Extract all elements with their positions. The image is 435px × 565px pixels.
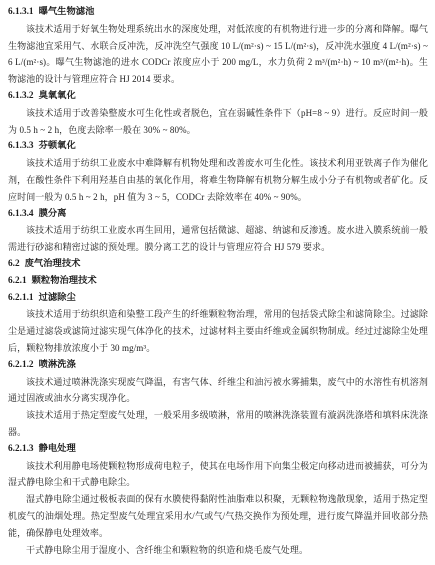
paragraph: 该技术适用于热定型废气处理，一般采用多级喷淋，常用的喷淋洗涤装置有漩涡洗涤塔和填… [8, 407, 428, 441]
section-heading-6-2-1: 6.2.1颗粒物治理技术 [8, 273, 428, 290]
section-number: 6.2.1.1 [8, 293, 34, 303]
section-title: 废气治理技术 [25, 259, 81, 269]
paragraph: 湿式静电除尘通过极板表面的保有水膜使得黏附性油脂难以积聚，无颗粒物逸散现象，适用… [8, 491, 428, 541]
document-page: 6.1.3.1曝气生物滤池 该技术适用于好氧生物处理系统出水的深度处理，对低浓度… [0, 0, 435, 565]
paragraph: 该技术通过喷淋洗涤实现废气降温，有害气体、纤维尘和油污被水雾捕集，废气中的水溶性… [8, 374, 428, 408]
paragraph: 该技术适用于好氧生物处理系统出水的深度处理，对低浓度的有机物进行进一步的分离和降… [8, 21, 428, 88]
section-number: 6.2 [8, 259, 20, 269]
section-heading-6-1-3-4: 6.1.3.4膜分离 [8, 206, 428, 223]
paragraph: 干式静电除尘用于湿度小、含纤维尘和颗粒物的织造和烧毛废气处理。 [8, 542, 428, 559]
section-title: 颗粒物治理技术 [32, 276, 97, 286]
section-title: 过滤除尘 [39, 293, 76, 303]
section-number: 6.2.1.3 [8, 444, 34, 454]
section-heading-6-2: 6.2废气治理技术 [8, 256, 428, 273]
paragraph: 该技术利用静电场使颗粒物形成荷电粒子，使其在电场作用下向集尘极定向移动进而被捕获… [8, 458, 428, 492]
section-title: 膜分离 [39, 209, 67, 219]
section-title: 曝气生物滤池 [39, 7, 95, 17]
section-number: 6.1.3.2 [8, 91, 34, 101]
section-number: 6.2.1 [8, 276, 27, 286]
section-heading-6-1-3-3: 6.1.3.3芬顿氧化 [8, 138, 428, 155]
section-number: 6.1.3.4 [8, 209, 34, 219]
section-heading-6-2-1-1: 6.2.1.1过滤除尘 [8, 290, 428, 307]
section-number: 6.2.1.2 [8, 360, 34, 370]
section-title: 喷淋洗涤 [39, 360, 76, 370]
section-heading-6-2-1-2: 6.2.1.2喷淋洗涤 [8, 357, 428, 374]
paragraph: 该技术适用于纺织工业废水中难降解有机物处理和改善废水可生化性。该技术利用亚铁离子… [8, 155, 428, 205]
section-number: 6.1.3.1 [8, 7, 34, 17]
section-heading-6-1-3-2: 6.1.3.2臭氧氧化 [8, 88, 428, 105]
section-heading-6-1-3-1: 6.1.3.1曝气生物滤池 [8, 4, 428, 21]
section-title: 芬顿氧化 [39, 141, 76, 151]
section-number: 6.1.3.3 [8, 141, 34, 151]
paragraph: 该技术适用于改善染整废水可生化性或者脱色，宜在弱碱性条件下（pH=8 ~ 9）进… [8, 105, 428, 139]
paragraph: 该技术适用于纺织工业废水再生回用，通常包括微滤、超滤、纳滤和反渗透。废水进入膜系… [8, 222, 428, 256]
section-title: 臭氧氧化 [39, 91, 76, 101]
section-heading-6-2-1-3: 6.2.1.3静电处理 [8, 441, 428, 458]
section-title: 静电处理 [39, 444, 76, 454]
paragraph: 该技术适用于纺织织造和染整工段产生的纤维颗粒物治理，常用的包括袋式除尘和滤筒除尘… [8, 306, 428, 356]
